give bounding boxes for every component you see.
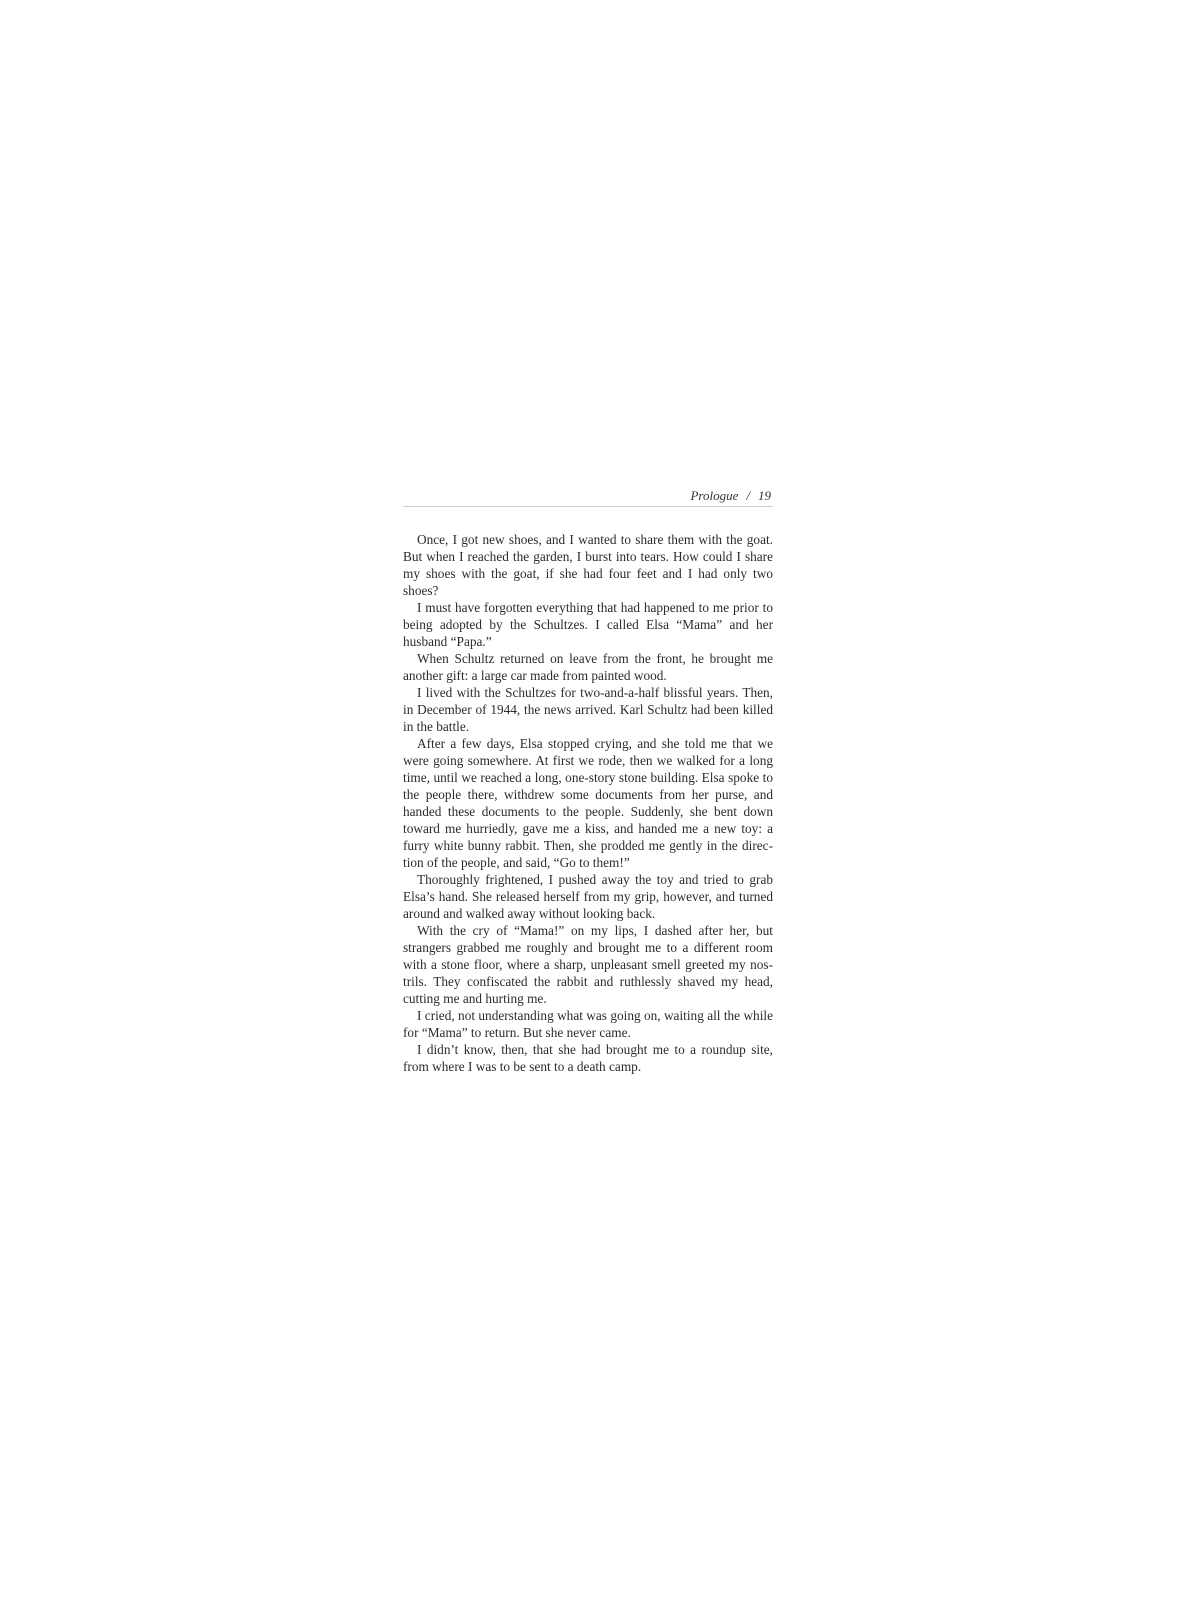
page-number: 19	[758, 488, 771, 503]
paragraph: I must have forgotten everything that ha…	[403, 599, 773, 650]
header-rule	[403, 506, 773, 507]
paragraph: Thoroughly frightened, I pushed away the…	[403, 871, 773, 922]
body-text: Once, I got new shoes, and I wanted to s…	[403, 531, 773, 1075]
paragraph: I didn’t know, then, that she had brough…	[403, 1041, 773, 1075]
paragraph: When Schultz returned on leave from the …	[403, 650, 773, 684]
paragraph: I cried, not understanding what was goin…	[403, 1007, 773, 1041]
paragraph: Once, I got new shoes, and I wanted to s…	[403, 531, 773, 599]
separator: /	[746, 488, 750, 503]
section-title: Prologue	[690, 488, 738, 503]
paragraph: With the cry of “Mama!” on my lips, I da…	[403, 922, 773, 1007]
book-page: Prologue/19 Once, I got new shoes, and I…	[403, 488, 773, 1075]
running-head: Prologue/19	[403, 488, 773, 506]
paragraph: I lived with the Schultzes for two-and-a…	[403, 684, 773, 735]
paragraph: After a few days, Elsa stopped crying, a…	[403, 735, 773, 871]
